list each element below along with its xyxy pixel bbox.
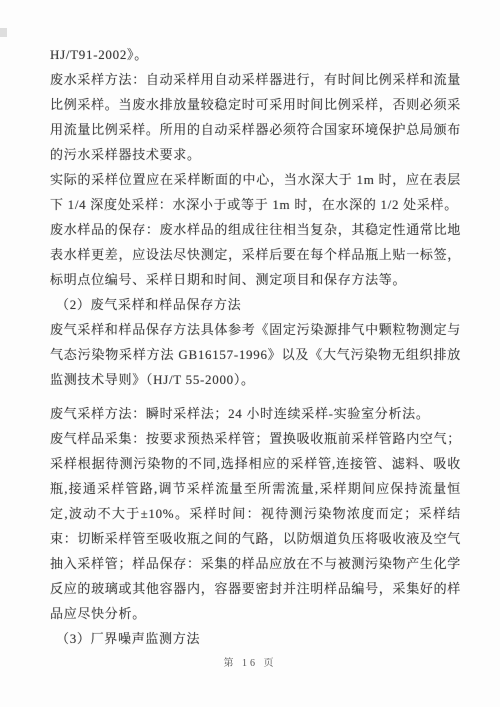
paragraph-exhaust-gas-sampling-method: 废气采样方法：瞬时采样法；24 小时连续采样-实验室分析法。 bbox=[50, 401, 461, 426]
paragraph-exhaust-gas-reference-standards: 废气采样和样品保存方法具体参考《固定污染源排气中颗粒物测定与气态污染物采样方法 … bbox=[50, 317, 461, 392]
paragraph-continuation: HJ/T91-2002》。 bbox=[50, 42, 461, 67]
scanned-document-page: HJ/T91-2002》。 废水采样方法：自动采样用自动采样器进行，有时间比例采… bbox=[0, 0, 500, 707]
paragraph-wastewater-sampling-method: 废水采样方法：自动采样用自动采样器进行，有时间比例采样和流量比例采样。当废水排放… bbox=[50, 67, 461, 167]
paragraph-wastewater-sample-storage: 废水样品的保存：废水样品的组成往往相当复杂，其稳定性通常比地表水样更差，应设法尽… bbox=[50, 217, 461, 292]
paragraph-exhaust-gas-sample-collection: 废气样品采集：按要求预热采样管；置换吸收瓶前采样管路内空气；采样根据待测污染物的… bbox=[50, 426, 461, 626]
section-heading-boundary-noise: （3）厂界噪声监测方法 bbox=[50, 626, 461, 651]
section-heading-exhaust-gas: （2）废气采样和样品保存方法 bbox=[50, 292, 461, 317]
scan-artifact-mark bbox=[0, 28, 7, 37]
page-number: 第 16 页 bbox=[0, 654, 500, 669]
document-body: HJ/T91-2002》。 废水采样方法：自动采样用自动采样器进行，有时间比例采… bbox=[50, 42, 461, 651]
paragraph-sampling-position: 实际的采样位置应在采样断面的中心，当水深大于 1m 时，应在表层下 1/4 深度… bbox=[50, 167, 461, 217]
